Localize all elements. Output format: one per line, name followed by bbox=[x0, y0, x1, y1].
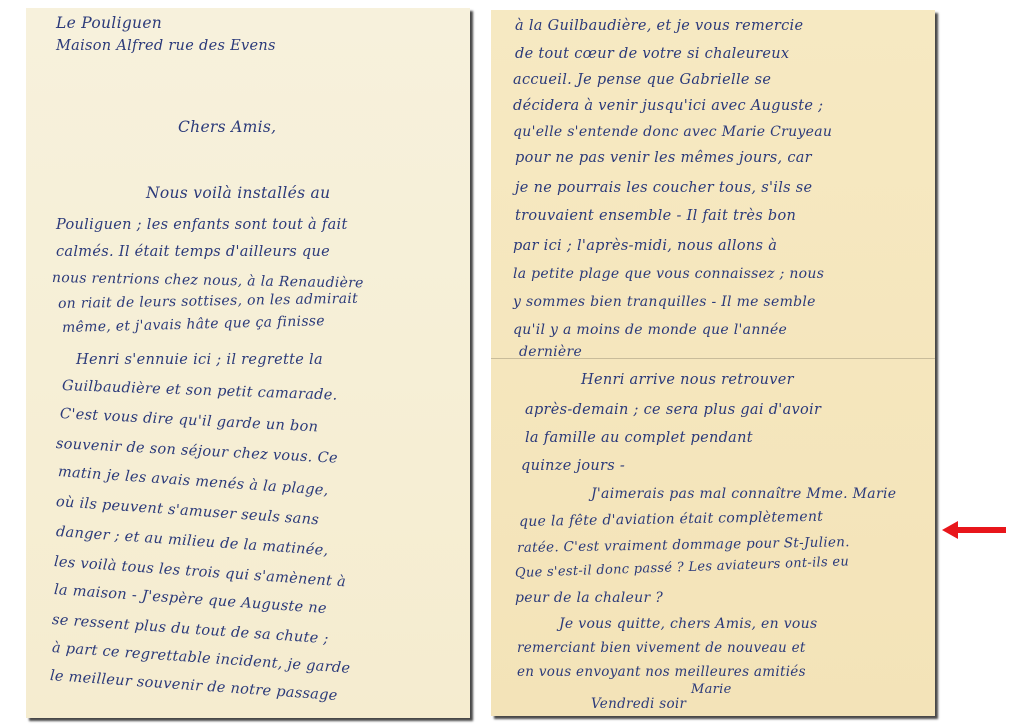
letter-line: C'est vous dire qu'il garde un bon bbox=[60, 406, 319, 436]
red-arrow-left-icon bbox=[942, 524, 1006, 536]
letter-line: la famille au complet pendant bbox=[525, 430, 753, 446]
arrow-shaft bbox=[956, 527, 1006, 533]
letter-line: qu'elle s'entende donc avec Marie Cruyea… bbox=[513, 124, 832, 140]
letter-line: matin je les avais menés à la plage, bbox=[57, 464, 329, 499]
letter-line: je ne pourrais les coucher tous, s'ils s… bbox=[515, 180, 812, 196]
letter-line: Que s'est-il donc passé ? Les aviateurs … bbox=[515, 554, 850, 581]
letter-line: accueil. Je pense que Gabrielle se bbox=[513, 72, 771, 88]
letter-line: nous rentrions chez nous, à la Renaudièr… bbox=[52, 270, 364, 291]
letter-line: J'aimerais pas mal connaître Mme. Marie bbox=[591, 486, 896, 502]
letter-line: qu'il y a moins de monde que l'année bbox=[513, 322, 787, 338]
letter-page-right: à la Guilbaudière, et je vous remercie d… bbox=[491, 10, 935, 716]
letter-line: Henri arrive nous retrouver bbox=[581, 372, 794, 388]
letter-line: remerciant bien vivement de nouveau et bbox=[517, 640, 806, 656]
letter-line: peur de la chaleur ? bbox=[515, 590, 663, 606]
letter-line: Henri s'ennuie ici ; il regrette la bbox=[76, 352, 323, 368]
letter-line: Nous voilà installés au bbox=[146, 184, 330, 202]
salutation: Chers Amis, bbox=[178, 118, 276, 136]
letter-line: pour ne pas venir les mêmes jours, car bbox=[515, 150, 812, 166]
letter-line: calmés. Il était temps d'ailleurs que bbox=[56, 244, 330, 260]
letter-line: Je vous quitte, chers Amis, en vous bbox=[559, 616, 817, 632]
date-line: Vendredi soir bbox=[591, 696, 686, 712]
letter-line: trouvaient ensemble - Il fait très bon bbox=[515, 208, 796, 224]
letter-line: ratée. C'est vraiment dommage pour St-Ju… bbox=[517, 534, 850, 556]
letter-line: après-demain ; ce sera plus gai d'avoir bbox=[525, 402, 821, 418]
address-line: Le Pouliguen bbox=[56, 14, 162, 32]
letter-line: en vous envoyant nos meilleures amitiés bbox=[517, 664, 806, 680]
letter-page-left: Le Pouliguen Maison Alfred rue des Evens… bbox=[26, 8, 470, 718]
letter-line: par ici ; l'après-midi, nous allons à bbox=[513, 238, 777, 254]
letter-line: Guilbaudière et son petit camarade. bbox=[62, 378, 338, 404]
address-line: Maison Alfred rue des Evens bbox=[56, 38, 276, 54]
letter-line: la maison - J'espère que Auguste ne bbox=[53, 582, 327, 617]
signature: Marie bbox=[691, 682, 732, 697]
letter-line-highlighted: que la fête d'aviation était complètemen… bbox=[519, 509, 823, 530]
letter-line: Pouliguen ; les enfants sont tout à fait bbox=[56, 217, 348, 233]
letter-line: quinze jours - bbox=[521, 458, 625, 474]
letter-line: de tout cœur de votre si chaleureux bbox=[515, 46, 789, 62]
letter-line: on riait de leurs sottises, on les admir… bbox=[58, 291, 358, 312]
letter-line: y sommes bien tranquilles - Il me semble bbox=[513, 294, 816, 310]
letter-line: à la Guilbaudière, et je vous remercie bbox=[515, 18, 803, 34]
letter-line: décidera à venir jusqu'ici avec Auguste … bbox=[513, 98, 823, 114]
letter-line: dernière bbox=[519, 344, 582, 360]
letter-line: danger ; et au milieu de la matinée, bbox=[55, 524, 329, 559]
letter-line: le meilleur souvenir de notre passage bbox=[49, 668, 338, 704]
letter-line: souvenir de son séjour chez vous. Ce bbox=[56, 436, 339, 467]
letter-line: où ils peuvent s'amuser seuls sans bbox=[55, 494, 319, 528]
letter-line: même, et j'avais hâte que ça finisse bbox=[62, 313, 325, 336]
letter-line: la petite plage que vous connaissez ; no… bbox=[513, 266, 824, 282]
